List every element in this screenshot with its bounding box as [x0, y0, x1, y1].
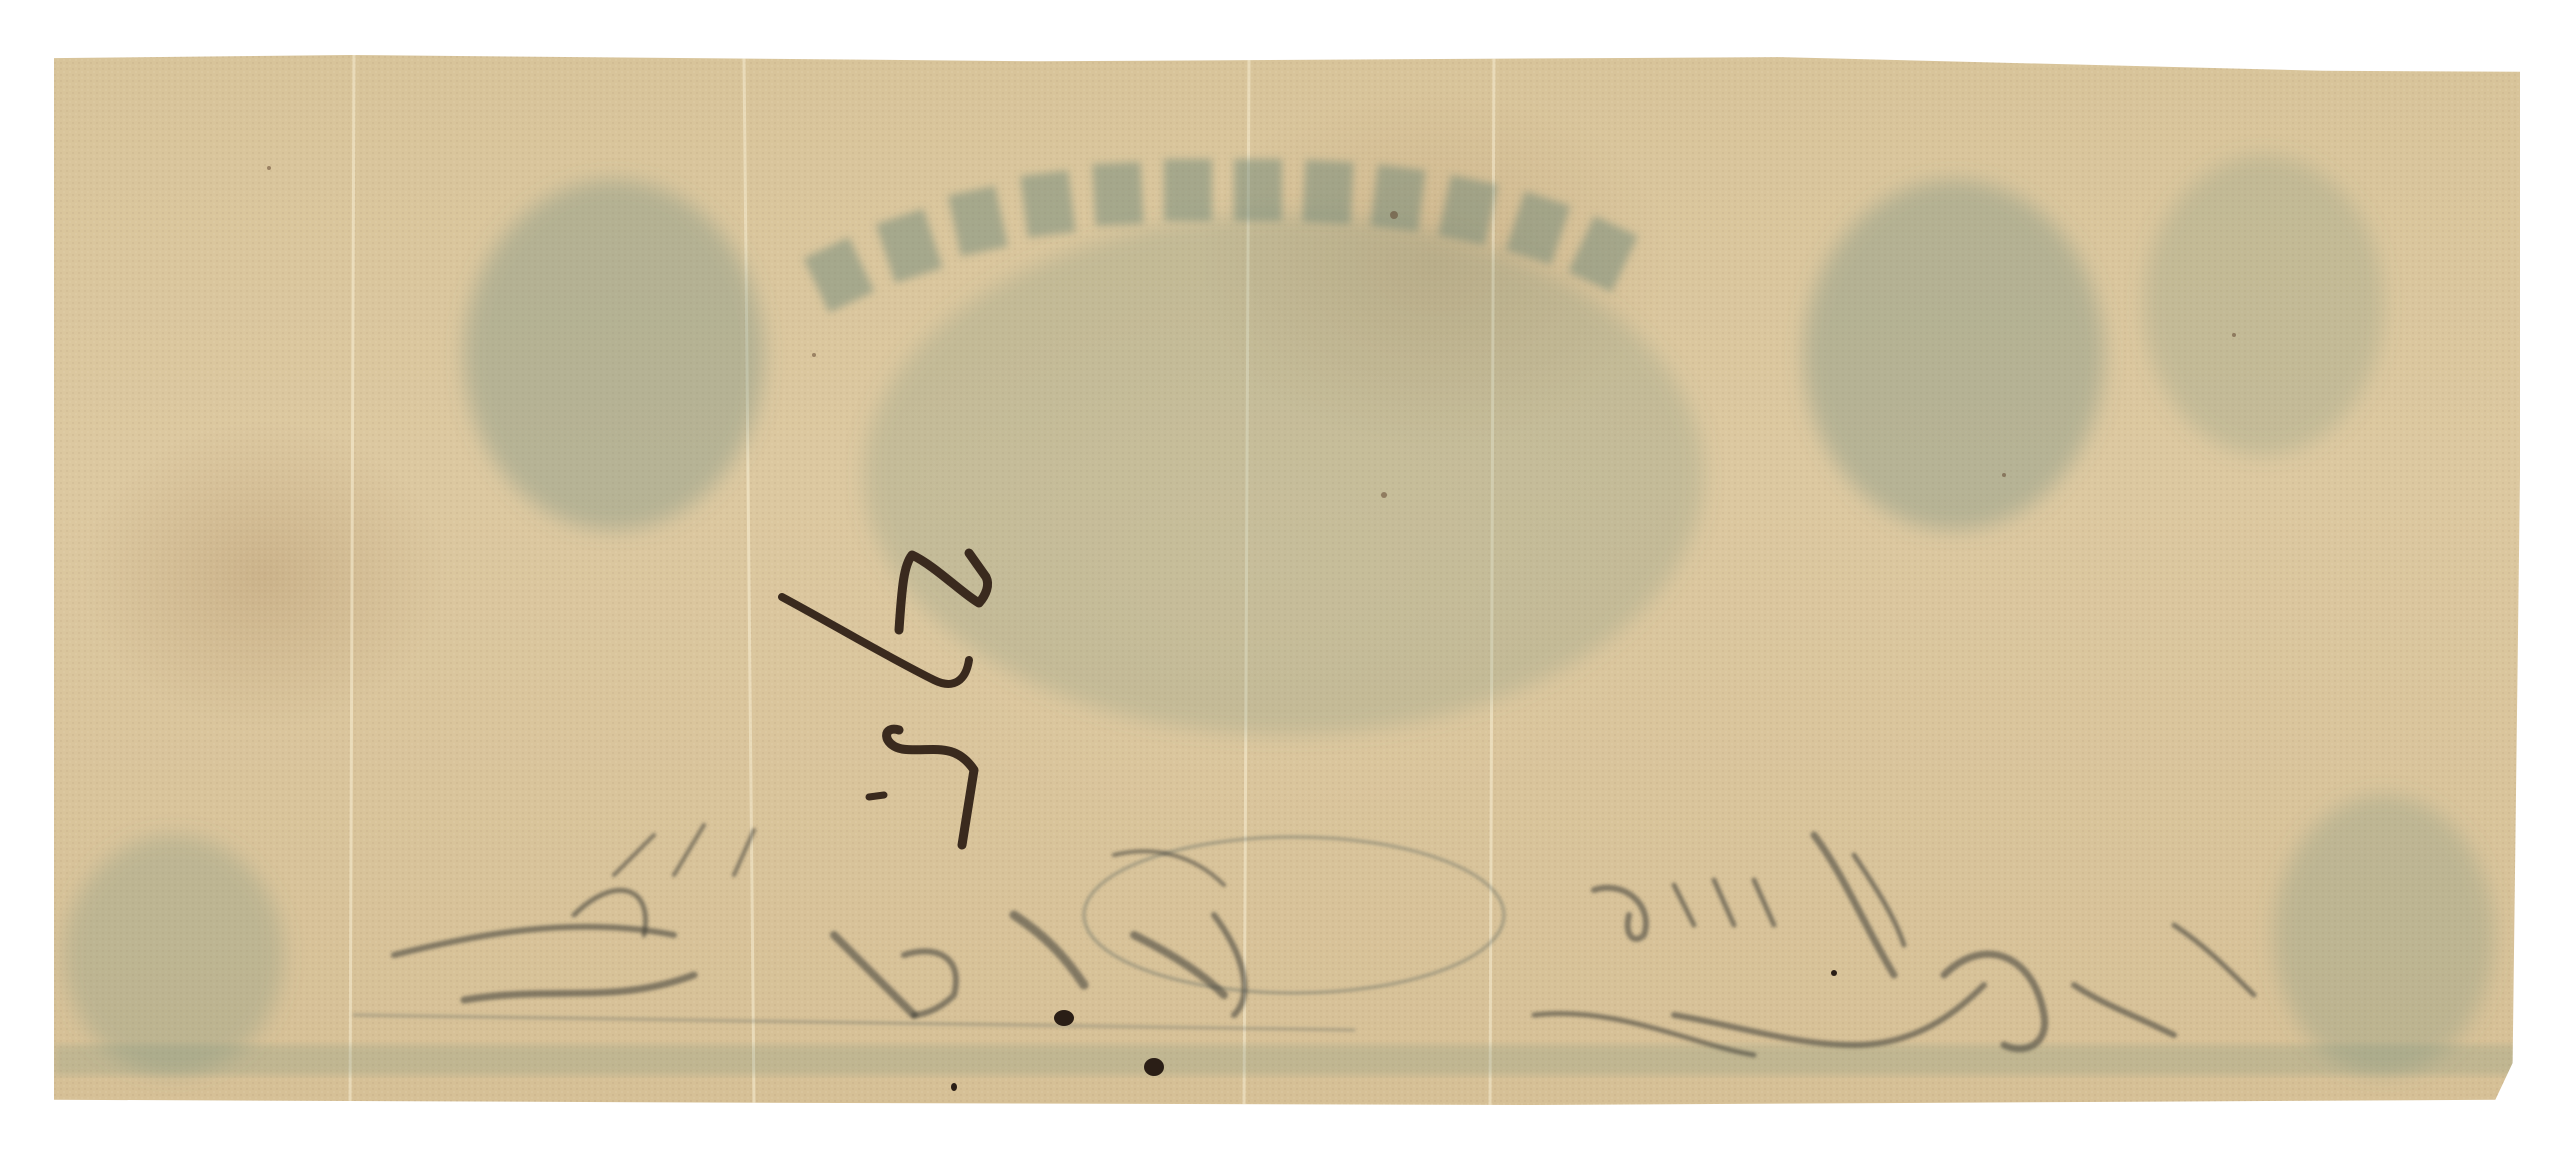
bleed-through-layer — [54, 55, 2520, 1105]
handwritten-number: 275 — [754, 525, 1014, 865]
banknote-reverse: 275 — [54, 55, 2520, 1105]
scan-background: 275 — [0, 0, 2560, 1149]
right-corner-rosette-bleed — [2274, 795, 2494, 1075]
right-oval-vignette-bleed — [1804, 180, 2104, 530]
bottom-border-bleed — [54, 1045, 2520, 1075]
handwritten-275-strokes — [754, 525, 1014, 865]
left-corner-rosette-bleed — [64, 835, 284, 1075]
left-oval-vignette-bleed — [464, 180, 764, 530]
right-denomination-bleed — [2144, 155, 2384, 455]
